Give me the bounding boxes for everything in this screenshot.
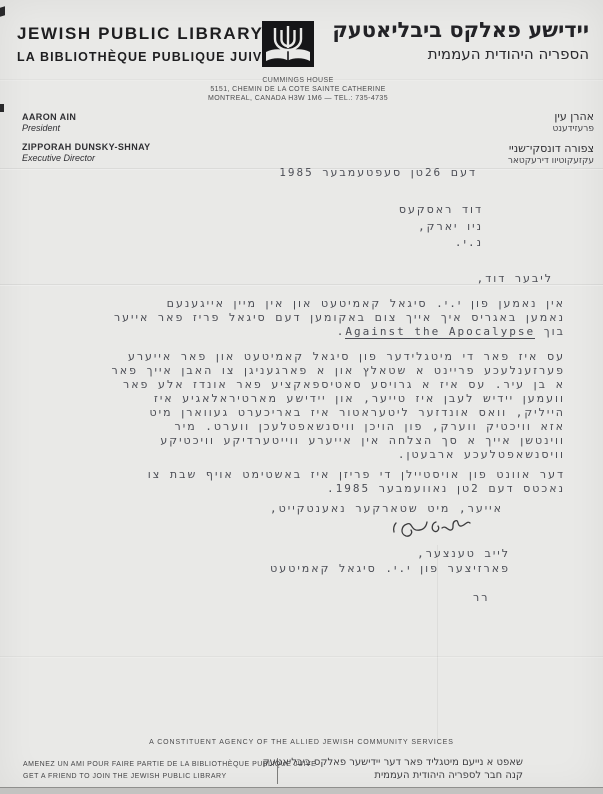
body-line: וועמען יידיש לעבן איז טייער, און יידישע …: [60, 392, 565, 406]
body-line: עס איז פאר די מיטגלידער פון סיגאל קאמיטע…: [60, 350, 565, 364]
officer-title: עקזעקוטיוו דירעקטאר: [508, 156, 594, 166]
body-line: נאמען באגריס איך אייך צום באקומען דעם סי…: [60, 311, 565, 325]
officer-title: פרעזידענט: [508, 124, 594, 134]
address-line: CUMMINGS HOUSE: [148, 76, 448, 85]
body-line: הייליק, וואס אונדזער ליטעראטור איז באריכ…: [60, 406, 565, 420]
body-word: בוך: [544, 325, 565, 338]
officer-title: Executive Director: [22, 153, 151, 163]
fold-crease: [0, 168, 603, 169]
scan-speck: [0, 6, 5, 17]
address-line: MONTREAL, CANADA H3W 1M6 — TEL.: 735-473…: [148, 94, 448, 103]
officer-title: President: [22, 123, 151, 133]
book-title-underlined: Against the Apocalypse: [345, 325, 535, 339]
recipient-line: ניו יארק,: [399, 219, 483, 236]
address-block: CUMMINGS HOUSE 5151, CHEMIN DE LA COTE S…: [148, 76, 448, 103]
recipient-line: דוד ראסקעס: [399, 202, 483, 219]
officer-name: אהרן עין: [508, 110, 594, 123]
body-line: דער אוונט פון אויסטיילן די פריזן איז באש…: [60, 468, 565, 482]
footer-agency-line: A CONSTITUENT AGENCY OF THE ALLIED JEWIS…: [0, 739, 603, 746]
org-name-yiddish: יידישע פאלקס ביבליאטעק: [332, 18, 589, 42]
org-name-english: JEWISH PUBLIC LIBRARY: [17, 24, 263, 44]
paragraph: דער אוונט פון אויסטיילן די פריזן איז באש…: [60, 468, 565, 496]
address-line: 5151, CHEMIN DE LA COTE SAINTE CATHERINE: [148, 85, 448, 94]
signature-name: לייב טענצער,: [270, 546, 510, 561]
recipient-line: נ.י.: [399, 235, 483, 252]
org-name-french: LA BIBLIOTHÈQUE PUBLIQUE JUIVE: [17, 50, 272, 64]
letter-body: אין נאמען פון י.י. סיגאל קאמיטעט און אין…: [60, 297, 565, 516]
officer-name: צפורה דונסקי־שניי: [508, 142, 594, 155]
fold-crease: [0, 656, 603, 657]
officers-yiddish: אהרן עין פרעזידענט צפורה דונסקי־שניי עקז…: [508, 110, 594, 174]
org-name-hebrew: הספריה היהודית העממית: [428, 45, 589, 63]
officer-name: ZIPPORAH DUNSKY-SHNAY: [22, 142, 151, 152]
officer-entry: AARON AIN President: [22, 112, 151, 133]
body-line: וויסנשאפטלעכע ארבעטן.: [60, 448, 565, 462]
body-line: אין נאמען פון י.י. סיגאל קאמיטעט און אין…: [60, 297, 565, 311]
footer-invite-right: שאפט א נייעם מיטגליד פאר דער יידישער פאל…: [262, 756, 523, 782]
paragraph: עס איז פאר די מיטגלידער פון סיגאל קאמיטע…: [60, 350, 565, 462]
officer-entry: ZIPPORAH DUNSKY-SHNAY Executive Director: [22, 142, 151, 163]
officer-entry: אהרן עין פרעזידענט: [508, 110, 594, 134]
recipient-block: דוד ראסקעס ניו יארק, נ.י.: [399, 202, 483, 252]
body-line: פערזענלעכע פריינט א שטאלץ און א פארגעניג…: [60, 364, 565, 378]
footer-invite-yi: שאפט א נייעם מיטגליד פאר דער יידישער פאל…: [262, 756, 523, 769]
paragraph: אין נאמען פון י.י. סיגאל קאמיטעט און אין…: [60, 297, 565, 339]
scan-speck: [0, 104, 4, 112]
fold-crease-vertical: [437, 545, 438, 740]
scanned-letter-page: JEWISH PUBLIC LIBRARY LA BIBLIOTHÈQUE PU…: [0, 0, 603, 794]
officer-entry: צפורה דונסקי־שניי עקזעקוטיוו דירעקטאר: [508, 142, 594, 166]
library-logo-icon: [262, 21, 314, 67]
footer-invite-he: קנה חבר לספריה היהודית העממית: [262, 769, 523, 782]
bottom-scan-strip: [0, 787, 603, 794]
menorah-book-icon: [262, 21, 314, 67]
typist-initials: רר: [473, 591, 489, 604]
fold-crease: [0, 284, 603, 285]
body-line: ווינטשן אייך א סך הצלחה אין אייערע ווייט…: [60, 434, 565, 448]
officer-name: AARON AIN: [22, 112, 151, 122]
signature-title: פארזיצער פון י.י. סיגאל קאמיטעט: [270, 561, 510, 576]
body-line: נאכטס דעם 2טן נאוועמבער 1985.: [60, 482, 565, 496]
closing-line: אייער, מיט שטארקער נאענטקייט,: [60, 502, 565, 516]
body-line: א בן עיר. עס איז א גרויסע סאטיספאקציע פא…: [60, 378, 565, 392]
fold-crease: [0, 79, 603, 80]
signature-block: לייב טענצער, פארזיצער פון י.י. סיגאל קאמ…: [270, 546, 510, 576]
body-line: בוך Against the Apocalypse.: [60, 325, 565, 339]
officers-english: AARON AIN President ZIPPORAH DUNSKY-SHNA…: [22, 112, 151, 172]
handwritten-signature: [373, 515, 475, 542]
body-line: אזא וויכטיק ווערק, פון הויכן וויסנשאפטלע…: [60, 420, 565, 434]
